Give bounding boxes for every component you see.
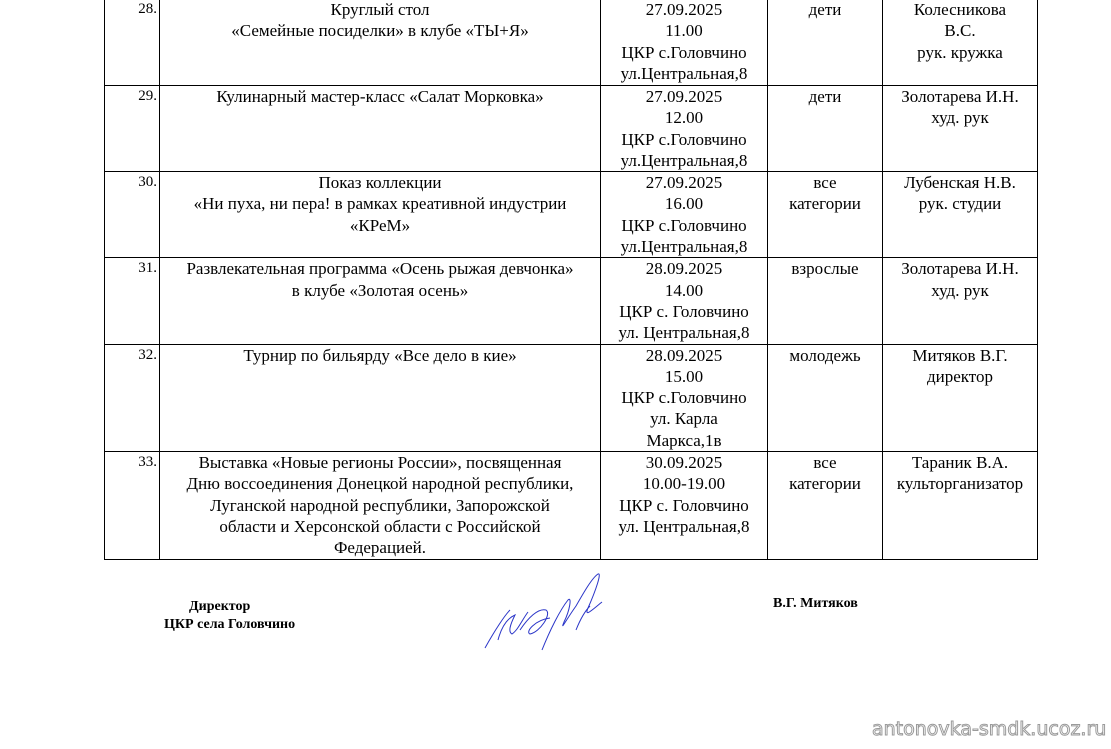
responsible-person-line: худ. рук (883, 107, 1037, 128)
event-title-line: Дню воссоединения Донецкой народной респ… (160, 473, 600, 494)
audience-line: взрослые (768, 258, 882, 279)
event-title-line: Развлекательная программа «Осень рыжая д… (160, 258, 600, 279)
table-row: 33.Выставка «Новые регионы России», посв… (105, 452, 1038, 559)
date-time-place-line: 27.09.2025 (601, 0, 767, 20)
responsible-person: Золотарева И.Н.худ. рук (883, 258, 1038, 344)
responsible-person: Митяков В.Г.директор (883, 344, 1038, 451)
responsible-person-line: В.С. (883, 20, 1037, 41)
audience: взрослые (768, 258, 883, 344)
event-title: Выставка «Новые регионы России», посвяще… (160, 452, 601, 559)
responsible-person-line: рук. студии (883, 193, 1037, 214)
audience-line: дети (768, 0, 882, 20)
audience: дети (768, 0, 883, 86)
date-time-place-line: 27.09.2025 (601, 172, 767, 193)
event-title: Круглый стол«Семейные посиделки» в клубе… (160, 0, 601, 86)
responsible-person-line: Лубенская Н.В. (883, 172, 1037, 193)
date-time-place-line: 28.09.2025 (601, 258, 767, 279)
audience: дети (768, 86, 883, 172)
date-time-place-line: ул.Центральная,8 (601, 150, 767, 171)
responsible-person: КолесниковаВ.С.рук. кружка (883, 0, 1038, 86)
organization-name: ЦКР села Головчино (164, 617, 295, 632)
date-time-place: 28.09.202515.00ЦКР с.Головчиноул. КарлаМ… (601, 344, 768, 451)
audience-line: категории (768, 193, 882, 214)
date-time-place: 27.09.202511.00ЦКР с.Головчиноул.Централ… (601, 0, 768, 86)
row-number: 28. (105, 0, 160, 86)
audience-line: категории (768, 473, 882, 494)
row-number: 31. (105, 258, 160, 344)
event-title: Кулинарный мастер-класс «Салат Морковка» (160, 86, 601, 172)
responsible-person-line: Золотарева И.Н. (883, 258, 1037, 279)
event-title-line: Показ коллекции (160, 172, 600, 193)
date-time-place-line: ул. Центральная,8 (601, 516, 767, 537)
date-time-place-line: ул.Центральная,8 (601, 63, 767, 84)
date-time-place-line: ЦКР с.Головчино (601, 387, 767, 408)
audience-line: молодежь (768, 345, 882, 366)
date-time-place-line: ЦКР с.Головчино (601, 215, 767, 236)
row-number: 33. (105, 452, 160, 559)
date-time-place-line: 16.00 (601, 193, 767, 214)
event-title: Показ коллекции«Ни пуха, ни пера! в рамк… (160, 172, 601, 258)
responsible-person-line: худ. рук (883, 280, 1037, 301)
date-time-place-line: 14.00 (601, 280, 767, 301)
table-row: 32.Турнир по бильярду «Все дело в кие»28… (105, 344, 1038, 451)
audience-line: все (768, 172, 882, 193)
event-title-line: в клубе «Золотая осень» (160, 280, 600, 301)
event-title-line: области и Херсонской области с Российско… (160, 516, 600, 537)
table-row: 31.Развлекательная программа «Осень рыжа… (105, 258, 1038, 344)
position-title: Директор (164, 598, 295, 616)
date-time-place: 30.09.202510.00-19.00ЦКР с. Головчиноул.… (601, 452, 768, 559)
audience-line: дети (768, 86, 882, 107)
date-time-place-line: 28.09.2025 (601, 345, 767, 366)
date-time-place-line: 27.09.2025 (601, 86, 767, 107)
date-time-place-line: 12.00 (601, 107, 767, 128)
audience: всекатегории (768, 172, 883, 258)
event-title-line: Турнир по бильярду «Все дело в кие» (160, 345, 600, 366)
watermark: antonovka-smdk.ucoz.ru (872, 718, 1106, 740)
audience: молодежь (768, 344, 883, 451)
date-time-place-line: ЦКР с.Головчино (601, 129, 767, 150)
responsible-person: Золотарева И.Н.худ. рук (883, 86, 1038, 172)
date-time-place-line: ул. Центральная,8 (601, 322, 767, 343)
row-number: 30. (105, 172, 160, 258)
date-time-place-line: ЦКР с.Головчино (601, 42, 767, 63)
date-time-place-line: 30.09.2025 (601, 452, 767, 473)
event-title-line: Круглый стол (160, 0, 600, 20)
date-time-place: 27.09.202516.00ЦКР с.Головчиноул.Централ… (601, 172, 768, 258)
responsible-person: Тараник В.А.культорганизатор (883, 452, 1038, 559)
table-row: 29.Кулинарный мастер-класс «Салат Морков… (105, 86, 1038, 172)
event-title: Турнир по бильярду «Все дело в кие» (160, 344, 601, 451)
event-title-line: «Семейные посиделки» в клубе «ТЫ+Я» (160, 20, 600, 41)
event-title-line: Выставка «Новые регионы России», посвяще… (160, 452, 600, 473)
row-number: 32. (105, 344, 160, 451)
date-time-place-line: ЦКР с. Головчино (601, 301, 767, 322)
date-time-place-line: 11.00 (601, 20, 767, 41)
responsible-person-line: директор (883, 366, 1037, 387)
row-number: 29. (105, 86, 160, 172)
responsible-person-line: рук. кружка (883, 42, 1037, 63)
audience-line: все (768, 452, 882, 473)
responsible-person: Лубенская Н.В.рук. студии (883, 172, 1038, 258)
event-title: Развлекательная программа «Осень рыжая д… (160, 258, 601, 344)
responsible-person-line: Митяков В.Г. (883, 345, 1037, 366)
date-time-place-line: ЦКР с. Головчино (601, 495, 767, 516)
responsible-person-line: Колесникова (883, 0, 1037, 20)
date-time-place: 28.09.202514.00ЦКР с. Головчиноул. Центр… (601, 258, 768, 344)
date-time-place-line: Маркса,1в (601, 430, 767, 451)
audience: всекатегории (768, 452, 883, 559)
date-time-place-line: 15.00 (601, 366, 767, 387)
signatory-name: В.Г. Митяков (773, 596, 858, 612)
date-time-place: 27.09.202512.00ЦКР с.Головчиноул.Централ… (601, 86, 768, 172)
handwritten-signature-icon (480, 570, 620, 655)
event-title-line: Федерацией. (160, 537, 600, 558)
event-title-line: «КРеМ» (160, 215, 600, 236)
responsible-person-line: Золотарева И.Н. (883, 86, 1037, 107)
responsible-person-line: культорганизатор (883, 473, 1037, 494)
events-table: 28.Круглый стол«Семейные посиделки» в кл… (104, 0, 1038, 560)
date-time-place-line: ул.Центральная,8 (601, 236, 767, 257)
signatory-position: Директор ЦКР села Головчино (164, 598, 295, 634)
event-title-line: Кулинарный мастер-класс «Салат Морковка» (160, 86, 600, 107)
responsible-person-line: Тараник В.А. (883, 452, 1037, 473)
table-row: 28.Круглый стол«Семейные посиделки» в кл… (105, 0, 1038, 86)
event-title-line: Луганской народной республики, Запорожск… (160, 495, 600, 516)
date-time-place-line: 10.00-19.00 (601, 473, 767, 494)
event-title-line: «Ни пуха, ни пера! в рамках креативной и… (160, 193, 600, 214)
table-row: 30.Показ коллекции«Ни пуха, ни пера! в р… (105, 172, 1038, 258)
date-time-place-line: ул. Карла (601, 408, 767, 429)
